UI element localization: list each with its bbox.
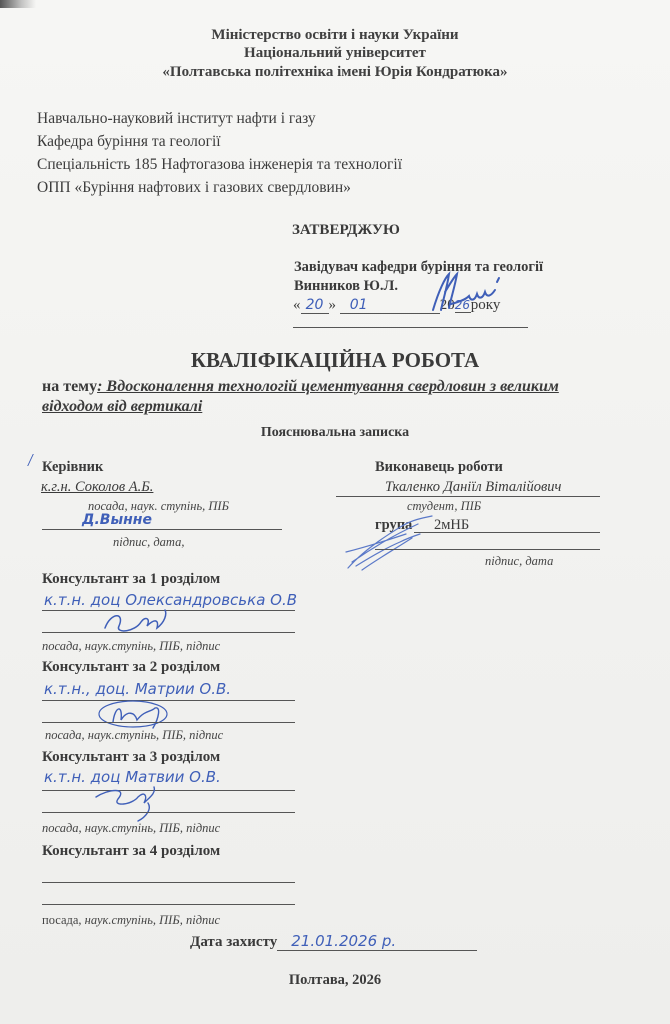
- executor-name-line: [336, 496, 600, 497]
- work-subtitle: Пояснювальна записка: [0, 425, 670, 441]
- topic-label: на тему: [42, 378, 97, 395]
- consultant-3-label: Консультант за 3 розділом: [42, 749, 220, 766]
- consultant-4-label: Консультант за 4 розділом: [42, 843, 220, 860]
- program-line: ОПП «Буріння нафтових і газових свердлов…: [37, 179, 351, 197]
- caption-plain: посада,: [42, 913, 85, 927]
- city-year: Полтава, 2026: [0, 972, 670, 989]
- executor-value: Ткаленко Даніїл Віталійович: [385, 479, 561, 496]
- consultant-4-value-line: [42, 882, 295, 883]
- consultant-3-signature: [88, 783, 168, 823]
- supervisor-label: Керівник: [42, 459, 103, 476]
- consultant-2-signature: [95, 698, 175, 732]
- supervisor-sign-caption: підпис, дата,: [113, 535, 184, 550]
- head-signature: [425, 270, 505, 318]
- topic-line-2: відходом від вертикалі: [42, 398, 202, 416]
- consultant-2-caption: посада, наук.ступінь, ПІБ, підпис: [45, 728, 223, 743]
- consultant-2-value: к.т.н., доц. Матрии О.В.: [44, 680, 231, 698]
- executor-signature: [342, 512, 452, 572]
- work-title: КВАЛІФІКАЦІЙНА РОБОТА: [0, 348, 670, 373]
- pen-mark: [27, 454, 42, 466]
- consultant-2-label: Консультант за 2 розділом: [42, 659, 220, 676]
- executor-sign-line: [375, 549, 600, 550]
- consultant-1-signature: [95, 608, 175, 638]
- consultant-3-sign-line: [42, 812, 295, 813]
- consultant-3-value-line: [42, 790, 295, 791]
- quote-close: »: [329, 297, 337, 313]
- supervisor-sign-line: [42, 529, 282, 530]
- executor-sign-caption: підпис, дата: [485, 554, 553, 569]
- university-type-heading: Національний університет: [0, 45, 670, 62]
- specialty-line: Спеціальність 185 Нафтогазова інженерія …: [37, 156, 402, 174]
- defense-label: Дата захисту: [190, 934, 277, 950]
- quote-open: «: [293, 297, 301, 313]
- executor-label: Виконавець роботи: [375, 459, 503, 476]
- supervisor-signature: Д.Вынне: [82, 512, 152, 528]
- supervisor-value: к.г.н. Соколов А.Б.: [41, 479, 153, 496]
- institute-line: Навчально-науковий інститут нафти і газу: [37, 110, 316, 128]
- approval-position: Завідувач кафедри буріння та геології: [294, 259, 543, 276]
- caption-italic: наук.ступінь, ПІБ, підпис: [85, 913, 220, 927]
- department-line: Кафедра буріння та геології: [37, 133, 221, 151]
- consultant-4-caption: посада, наук.ступінь, ПІБ, підпис: [42, 913, 220, 928]
- consultant-3-caption: посада, наук.ступінь, ПІБ, підпис: [42, 821, 220, 836]
- topic-text-1: : Вдосконалення технологій цементування …: [97, 378, 559, 395]
- defense-date: Дата захисту21.01.2026 р.: [190, 932, 477, 951]
- scan-corner-shadow: [0, 0, 36, 8]
- consultant-1-label: Консультант за 1 розділом: [42, 571, 220, 588]
- approval-name: Винников Ю.Л.: [294, 278, 398, 295]
- consultant-1-caption: посада, наук.ступінь, ПІБ, підпис: [42, 639, 220, 654]
- document-page: Міністерство освіти і науки України Наці…: [0, 0, 670, 1024]
- consultant-4-sign-line: [42, 904, 295, 905]
- approval-title: ЗАТВЕРДЖУЮ: [292, 222, 400, 239]
- consultant-2-sign-line: [42, 722, 295, 723]
- defense-value: 21.01.2026 р.: [277, 932, 477, 951]
- university-name-heading: «Полтавська політехніка імені Юрія Кондр…: [0, 64, 670, 81]
- approval-day: 20: [301, 297, 329, 314]
- ministry-heading: Міністерство освіти і науки України: [0, 27, 670, 44]
- topic-line-1: на тему: Вдосконалення технологій цемент…: [42, 378, 559, 396]
- consultant-1-sign-line: [42, 632, 295, 633]
- consultant-1-value: к.т.н. доц Олександровська О.В: [44, 591, 297, 609]
- approval-signature-line: [293, 327, 528, 328]
